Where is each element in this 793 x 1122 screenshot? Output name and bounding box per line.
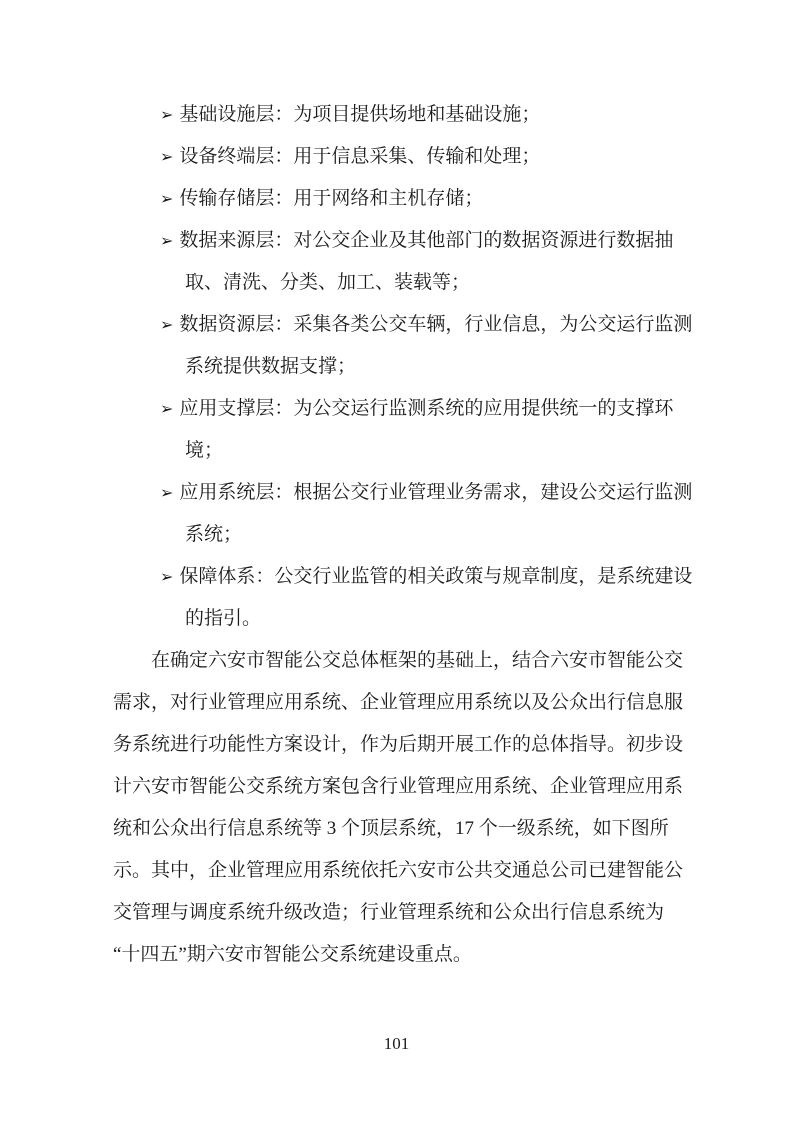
bullet-item-data-source-layer: ➢数据来源层：对公交企业及其他部门的数据资源进行数据抽 取、清洗、分类、加工、装… bbox=[113, 220, 685, 304]
document-page-content: ➢基础设施层：为项目提供场地和基础设施； ➢设备终端层：用于信息采集、传输和处理… bbox=[113, 94, 685, 976]
bullet-item-infrastructure-layer: ➢基础设施层：为项目提供场地和基础设施； bbox=[113, 94, 685, 136]
bullet-item-guarantee-system: ➢保障体系：公交行业监管的相关政策与规章制度，是系统建设 的指引。 bbox=[113, 556, 685, 640]
bullet-text: 保障体系：公交行业监管的相关政策与规章制度，是系统建设 bbox=[179, 566, 692, 587]
bullet-line: ➢应用支撑层：为公交运行监测系统的应用提供统一的支撑环 bbox=[113, 388, 685, 430]
bullet-text: 数据来源层：对公交企业及其他部门的数据资源进行数据抽 bbox=[179, 230, 673, 251]
bullet-text: 传输存储层：用于网络和主机存储； bbox=[179, 188, 483, 209]
paragraph-line: 计六安市智能公交系统方案包含行业管理应用系统、企业管理应用系 bbox=[113, 766, 685, 808]
bullet-line: ➢数据资源层：采集各类公交车辆，行业信息，为公交运行监测 bbox=[113, 304, 685, 346]
bullet-line-continuation: 系统； bbox=[113, 514, 685, 556]
list-bullet-icon: ➢ bbox=[160, 94, 173, 136]
body-paragraph: 在确定六安市智能公交总体框架的基础上，结合六安市智能公交 需求，对行业管理应用系… bbox=[113, 640, 685, 976]
bullet-text: 应用支撑层：为公交运行监测系统的应用提供统一的支撑环 bbox=[179, 398, 673, 419]
bullet-item-application-system-layer: ➢应用系统层：根据公交行业管理业务需求，建设公交运行监测 系统； bbox=[113, 472, 685, 556]
list-bullet-icon: ➢ bbox=[160, 556, 173, 598]
bullet-line-continuation: 系统提供数据支撑； bbox=[113, 346, 685, 388]
bullet-list: ➢基础设施层：为项目提供场地和基础设施； ➢设备终端层：用于信息采集、传输和处理… bbox=[113, 94, 685, 640]
page-number: 101 bbox=[0, 1029, 793, 1059]
bullet-line-continuation: 取、清洗、分类、加工、装载等； bbox=[113, 262, 685, 304]
paragraph-line: 示。其中，企业管理应用系统依托六安市公共交通总公司已建智能公 bbox=[113, 850, 685, 892]
bullet-item-data-resource-layer: ➢数据资源层：采集各类公交车辆，行业信息，为公交运行监测 系统提供数据支撑； bbox=[113, 304, 685, 388]
bullet-line: ➢应用系统层：根据公交行业管理业务需求，建设公交运行监测 bbox=[113, 472, 685, 514]
paragraph-line: “十四五”期六安市智能公交系统建设重点。 bbox=[113, 934, 685, 976]
bullet-line-continuation: 的指引。 bbox=[113, 598, 685, 640]
bullet-line: ➢传输存储层：用于网络和主机存储； bbox=[113, 178, 685, 220]
list-bullet-icon: ➢ bbox=[160, 304, 173, 346]
bullet-item-transmission-storage-layer: ➢传输存储层：用于网络和主机存储； bbox=[113, 178, 685, 220]
bullet-text: 数据资源层：采集各类公交车辆，行业信息，为公交运行监测 bbox=[179, 314, 692, 335]
bullet-item-device-terminal-layer: ➢设备终端层：用于信息采集、传输和处理； bbox=[113, 136, 685, 178]
list-bullet-icon: ➢ bbox=[160, 178, 173, 220]
bullet-text: 设备终端层：用于信息采集、传输和处理； bbox=[179, 146, 540, 167]
paragraph-line: 务系统进行功能性方案设计，作为后期开展工作的总体指导。初步设 bbox=[113, 724, 685, 766]
bullet-line: ➢保障体系：公交行业监管的相关政策与规章制度，是系统建设 bbox=[113, 556, 685, 598]
list-bullet-icon: ➢ bbox=[160, 472, 173, 514]
bullet-line-continuation: 境； bbox=[113, 430, 685, 472]
paragraph-line: 在确定六安市智能公交总体框架的基础上，结合六安市智能公交 bbox=[113, 640, 685, 682]
paragraph-line: 需求，对行业管理应用系统、企业管理应用系统以及公众出行信息服 bbox=[113, 682, 685, 724]
bullet-text: 应用系统层：根据公交行业管理业务需求，建设公交运行监测 bbox=[179, 482, 692, 503]
paragraph-line: 统和公众出行信息系统等 3 个顶层系统，17 个一级系统，如下图所 bbox=[113, 808, 685, 850]
bullet-text: 基础设施层：为项目提供场地和基础设施； bbox=[179, 104, 540, 125]
bullet-line: ➢基础设施层：为项目提供场地和基础设施； bbox=[113, 94, 685, 136]
list-bullet-icon: ➢ bbox=[160, 388, 173, 430]
list-bullet-icon: ➢ bbox=[160, 220, 173, 262]
bullet-line: ➢数据来源层：对公交企业及其他部门的数据资源进行数据抽 bbox=[113, 220, 685, 262]
bullet-line: ➢设备终端层：用于信息采集、传输和处理； bbox=[113, 136, 685, 178]
paragraph-line: 交管理与调度系统升级改造；行业管理系统和公众出行信息系统为 bbox=[113, 892, 685, 934]
list-bullet-icon: ➢ bbox=[160, 136, 173, 178]
bullet-item-application-support-layer: ➢应用支撑层：为公交运行监测系统的应用提供统一的支撑环 境； bbox=[113, 388, 685, 472]
